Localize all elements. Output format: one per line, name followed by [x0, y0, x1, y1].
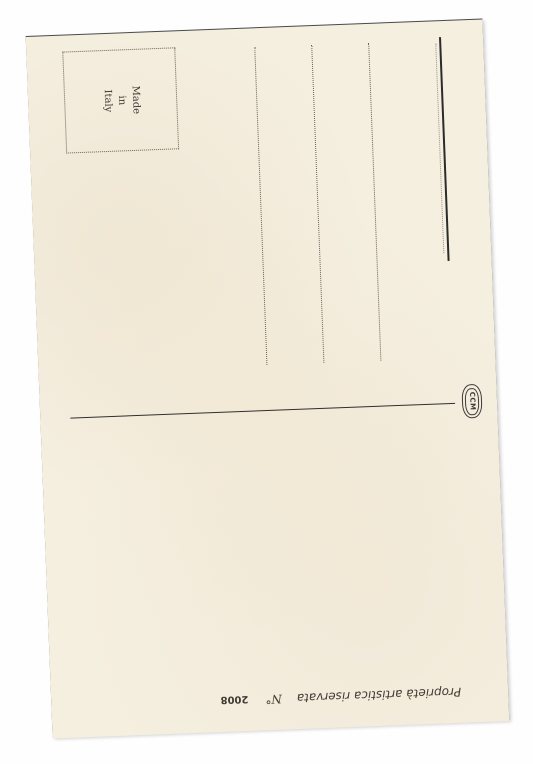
address-line-1 — [254, 47, 267, 365]
address-line-3 — [368, 43, 381, 361]
publisher-monogram-text: CCM — [468, 392, 477, 411]
catalog-number: 2008 — [220, 693, 248, 705]
stamp-text-line-3: Italy — [99, 86, 114, 115]
publisher-monogram-icon: CCM — [461, 384, 482, 419]
stamp-text-line-2: in — [113, 86, 128, 115]
address-line-2 — [311, 45, 324, 363]
stamp-box-label: Made in Italy — [99, 85, 142, 115]
postcard-back: Made in Italy CCM Proprietà artistica ri… — [26, 19, 510, 738]
stamp-box: Made in Italy — [62, 47, 179, 153]
publisher-monogram-frame: CCM — [464, 387, 479, 415]
horizontal-separator-line — [70, 403, 455, 419]
divider-line — [439, 37, 450, 261]
copyright-footer: Proprietà artistica riservata N° 2008 — [201, 684, 461, 709]
scan-background: Made in Italy CCM Proprietà artistica ri… — [0, 0, 533, 764]
number-label: N° — [265, 692, 282, 707]
rights-text: Proprietà artistica riservata — [297, 685, 462, 705]
stamp-text-line-1: Made — [127, 85, 142, 114]
